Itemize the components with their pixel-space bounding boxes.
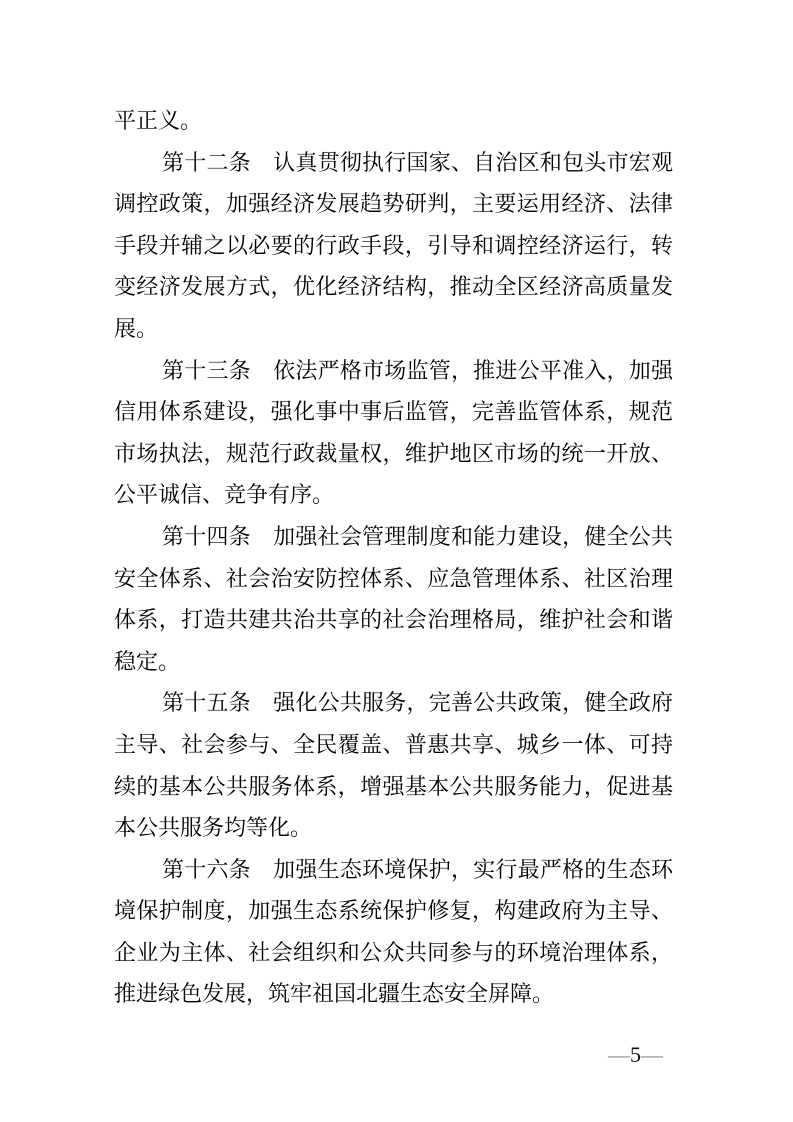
paragraph-article-16: 第十六条 加强生态环境保护，实行最严格的生态环 境保护制度，加强生态系统保护修复…: [114, 849, 673, 1015]
text-line: 变经济发展方式，优化经济结构，推动全区经济高质量发: [114, 266, 673, 308]
text-line: 第十六条 加强生态环境保护，实行最严格的生态环: [114, 849, 673, 891]
page-number-left-dash: —: [608, 1042, 630, 1067]
text-line: 平正义。: [114, 100, 673, 142]
page-number: —5—: [608, 1042, 663, 1068]
text-line: 主导、社会参与、全民覆盖、普惠共享、城乡一体、可持: [114, 724, 673, 766]
text-line: 第十三条 依法严格市场监管，推进公平准入，加强: [114, 350, 673, 392]
text-line: 第十四条 加强社会管理制度和能力建设，健全公共: [114, 516, 673, 558]
document-page: 平正义。 第十二条 认真贯彻执行国家、自治区和包头市宏观 调控政策，加强经济发展…: [0, 0, 793, 1122]
text-line: 体系，打造共建共治共享的社会治理格局，维护社会和谐: [114, 599, 673, 641]
paragraph-article-15: 第十五条 强化公共服务，完善公共政策，健全政府 主导、社会参与、全民覆盖、普惠共…: [114, 682, 673, 848]
text-line: 稳定。: [114, 641, 673, 683]
text-line: 企业为主体、社会组织和公众共同参与的环境治理体系，: [114, 932, 673, 974]
text-line: 安全体系、社会治安防控体系、应急管理体系、社区治理: [114, 558, 673, 600]
text-line: 手段并辅之以必要的行政手段，引导和调控经济运行，转: [114, 225, 673, 267]
page-number-value: 5: [630, 1042, 641, 1067]
text-line: 第十二条 认真贯彻执行国家、自治区和包头市宏观: [114, 142, 673, 184]
text-line: 市场执法，规范行政裁量权，维护地区市场的统一开放、: [114, 433, 673, 475]
page-number-right-dash: —: [641, 1042, 663, 1067]
text-line: 境保护制度，加强生态系统保护修复，构建政府为主导、: [114, 890, 673, 932]
document-body: 平正义。 第十二条 认真贯彻执行国家、自治区和包头市宏观 调控政策，加强经济发展…: [114, 100, 673, 1015]
text-line: 信用体系建设，强化事中事后监管，完善监管体系，规范: [114, 391, 673, 433]
paragraph-article-14: 第十四条 加强社会管理制度和能力建设，健全公共 安全体系、社会治安防控体系、应急…: [114, 516, 673, 682]
text-line: 展。: [114, 308, 673, 350]
paragraph-article-12: 第十二条 认真贯彻执行国家、自治区和包头市宏观 调控政策，加强经济发展趋势研判，…: [114, 142, 673, 350]
text-line: 续的基本公共服务体系，增强基本公共服务能力，促进基: [114, 766, 673, 808]
paragraph-continuation: 平正义。: [114, 100, 673, 142]
text-line: 推进绿色发展，筑牢祖国北疆生态安全屏障。: [114, 973, 673, 1015]
text-line: 本公共服务均等化。: [114, 807, 673, 849]
text-line: 公平诚信、竞争有序。: [114, 474, 673, 516]
text-line: 调控政策，加强经济发展趋势研判，主要运用经济、法律: [114, 183, 673, 225]
text-line: 第十五条 强化公共服务，完善公共政策，健全政府: [114, 682, 673, 724]
paragraph-article-13: 第十三条 依法严格市场监管，推进公平准入，加强 信用体系建设，强化事中事后监管，…: [114, 350, 673, 516]
